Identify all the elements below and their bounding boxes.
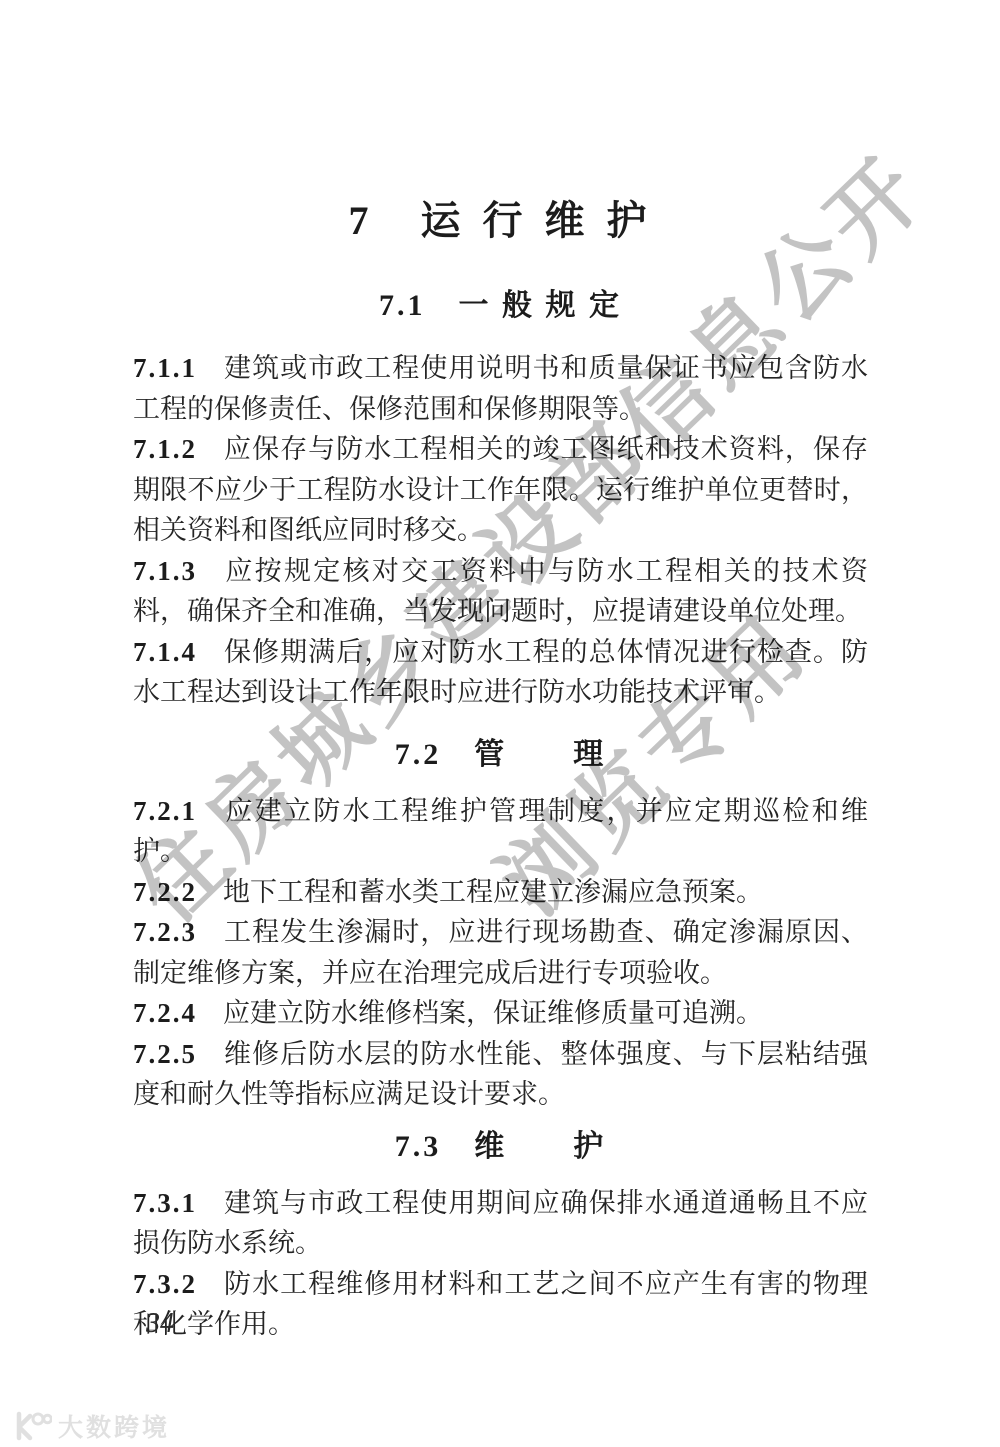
clause-text: 工程发生渗漏时，应进行现场勘查、确定渗漏原因、制定维修方案，并应在治理完成后进行…: [133, 917, 868, 988]
brand-logo-text: 大数跨境: [58, 1408, 170, 1444]
clause-number: 7.3.2: [133, 1269, 197, 1299]
footer-brand: 大数跨境: [12, 1408, 170, 1444]
clause-text: 应按规定核对交工资料中与防水工程相关的技术资料，确保齐全和准确，当发现问题时，应…: [133, 556, 868, 627]
clause-7-2-2: 7.2.2地下工程和蓄水类工程应建立渗漏应急预案。: [133, 872, 868, 913]
section-7-3-body: 7.3.1建筑与市政工程使用期间应确保排水通道通畅且不应损伤防水系统。 7.3.…: [133, 1183, 868, 1345]
clause-number: 7.2.5: [133, 1039, 197, 1069]
document-page: 7 运 行 维 护 7.1 一 般 规 定 7.1.1建筑或市政工程使用说明书和…: [0, 0, 1000, 1447]
page-number: 34: [146, 1308, 174, 1340]
clause-7-2-4: 7.2.4应建立防水维修档案，保证维修质量可追溯。: [133, 993, 868, 1034]
clause-text: 应建立防水工程维护管理制度，并应定期巡检和维护。: [133, 796, 868, 867]
section-7-2-body: 7.2.1应建立防水工程维护管理制度，并应定期巡检和维护。 7.2.2地下工程和…: [133, 791, 868, 1115]
clause-7-2-1: 7.2.1应建立防水工程维护管理制度，并应定期巡检和维护。: [133, 791, 868, 872]
clause-7-1-3: 7.1.3应按规定核对交工资料中与防水工程相关的技术资料，确保齐全和准确，当发现…: [133, 551, 868, 632]
clause-text: 建筑或市政工程使用说明书和质量保证书应包含防水工程的保修责任、保修范围和保修期限…: [133, 353, 868, 424]
clause-text: 应保存与防水工程相关的竣工图纸和技术资料，保存期限不应少于工程防水设计工作年限。…: [133, 434, 868, 545]
clause-7-3-1: 7.3.1建筑与市政工程使用期间应确保排水通道通畅且不应损伤防水系统。: [133, 1183, 868, 1264]
clause-7-1-2: 7.1.2应保存与防水工程相关的竣工图纸和技术资料，保存期限不应少于工程防水设计…: [133, 429, 868, 551]
clause-7-1-4: 7.1.4保修期满后，应对防水工程的总体情况进行检查。防水工程达到设计工作年限时…: [133, 632, 868, 713]
section-heading-7-3: 7.3 维 护: [133, 1131, 868, 1163]
clause-7-2-5: 7.2.5维修后防水层的防水性能、整体强度、与下层粘结强度和耐久性等指标应满足设…: [133, 1034, 868, 1115]
clause-7-1-1: 7.1.1建筑或市政工程使用说明书和质量保证书应包含防水工程的保修责任、保修范围…: [133, 348, 868, 429]
clause-number: 7.2.2: [133, 877, 197, 907]
clause-number: 7.2.4: [133, 998, 197, 1028]
clause-text: 应建立防水维修档案，保证维修质量可追溯。: [223, 998, 763, 1028]
page-content: 7 运 行 维 护 7.1 一 般 规 定 7.1.1建筑或市政工程使用说明书和…: [133, 0, 868, 1345]
clause-number: 7.2.3: [133, 917, 197, 947]
section-heading-7-2: 7.2 管 理: [133, 739, 868, 771]
clause-7-2-3: 7.2.3工程发生渗漏时，应进行现场勘查、确定渗漏原因、制定维修方案，并应在治理…: [133, 912, 868, 993]
clause-number: 7.1.4: [133, 637, 197, 667]
clause-text: 保修期满后，应对防水工程的总体情况进行检查。防水工程达到设计工作年限时应进行防水…: [133, 637, 868, 708]
clause-number: 7.1.2: [133, 434, 197, 464]
clause-text: 建筑与市政工程使用期间应确保排水通道通畅且不应损伤防水系统。: [133, 1188, 868, 1259]
clause-text: 地下工程和蓄水类工程应建立渗漏应急预案。: [223, 877, 763, 907]
brand-logo-icon: [12, 1411, 52, 1441]
clause-number: 7.2.1: [133, 796, 197, 826]
clause-7-3-2: 7.3.2防水工程维修用材料和工艺之间不应产生有害的物理和化学作用。: [133, 1264, 868, 1345]
section-heading-7-1: 7.1 一 般 规 定: [133, 290, 868, 322]
chapter-title: 7 运 行 维 护: [133, 0, 868, 245]
section-7-1-body: 7.1.1建筑或市政工程使用说明书和质量保证书应包含防水工程的保修责任、保修范围…: [133, 348, 868, 713]
clause-number: 7.1.1: [133, 353, 197, 383]
clause-number: 7.1.3: [133, 556, 197, 586]
clause-text: 维修后防水层的防水性能、整体强度、与下层粘结强度和耐久性等指标应满足设计要求。: [133, 1039, 868, 1110]
clause-text: 防水工程维修用材料和工艺之间不应产生有害的物理和化学作用。: [133, 1269, 868, 1340]
clause-number: 7.3.1: [133, 1188, 197, 1218]
